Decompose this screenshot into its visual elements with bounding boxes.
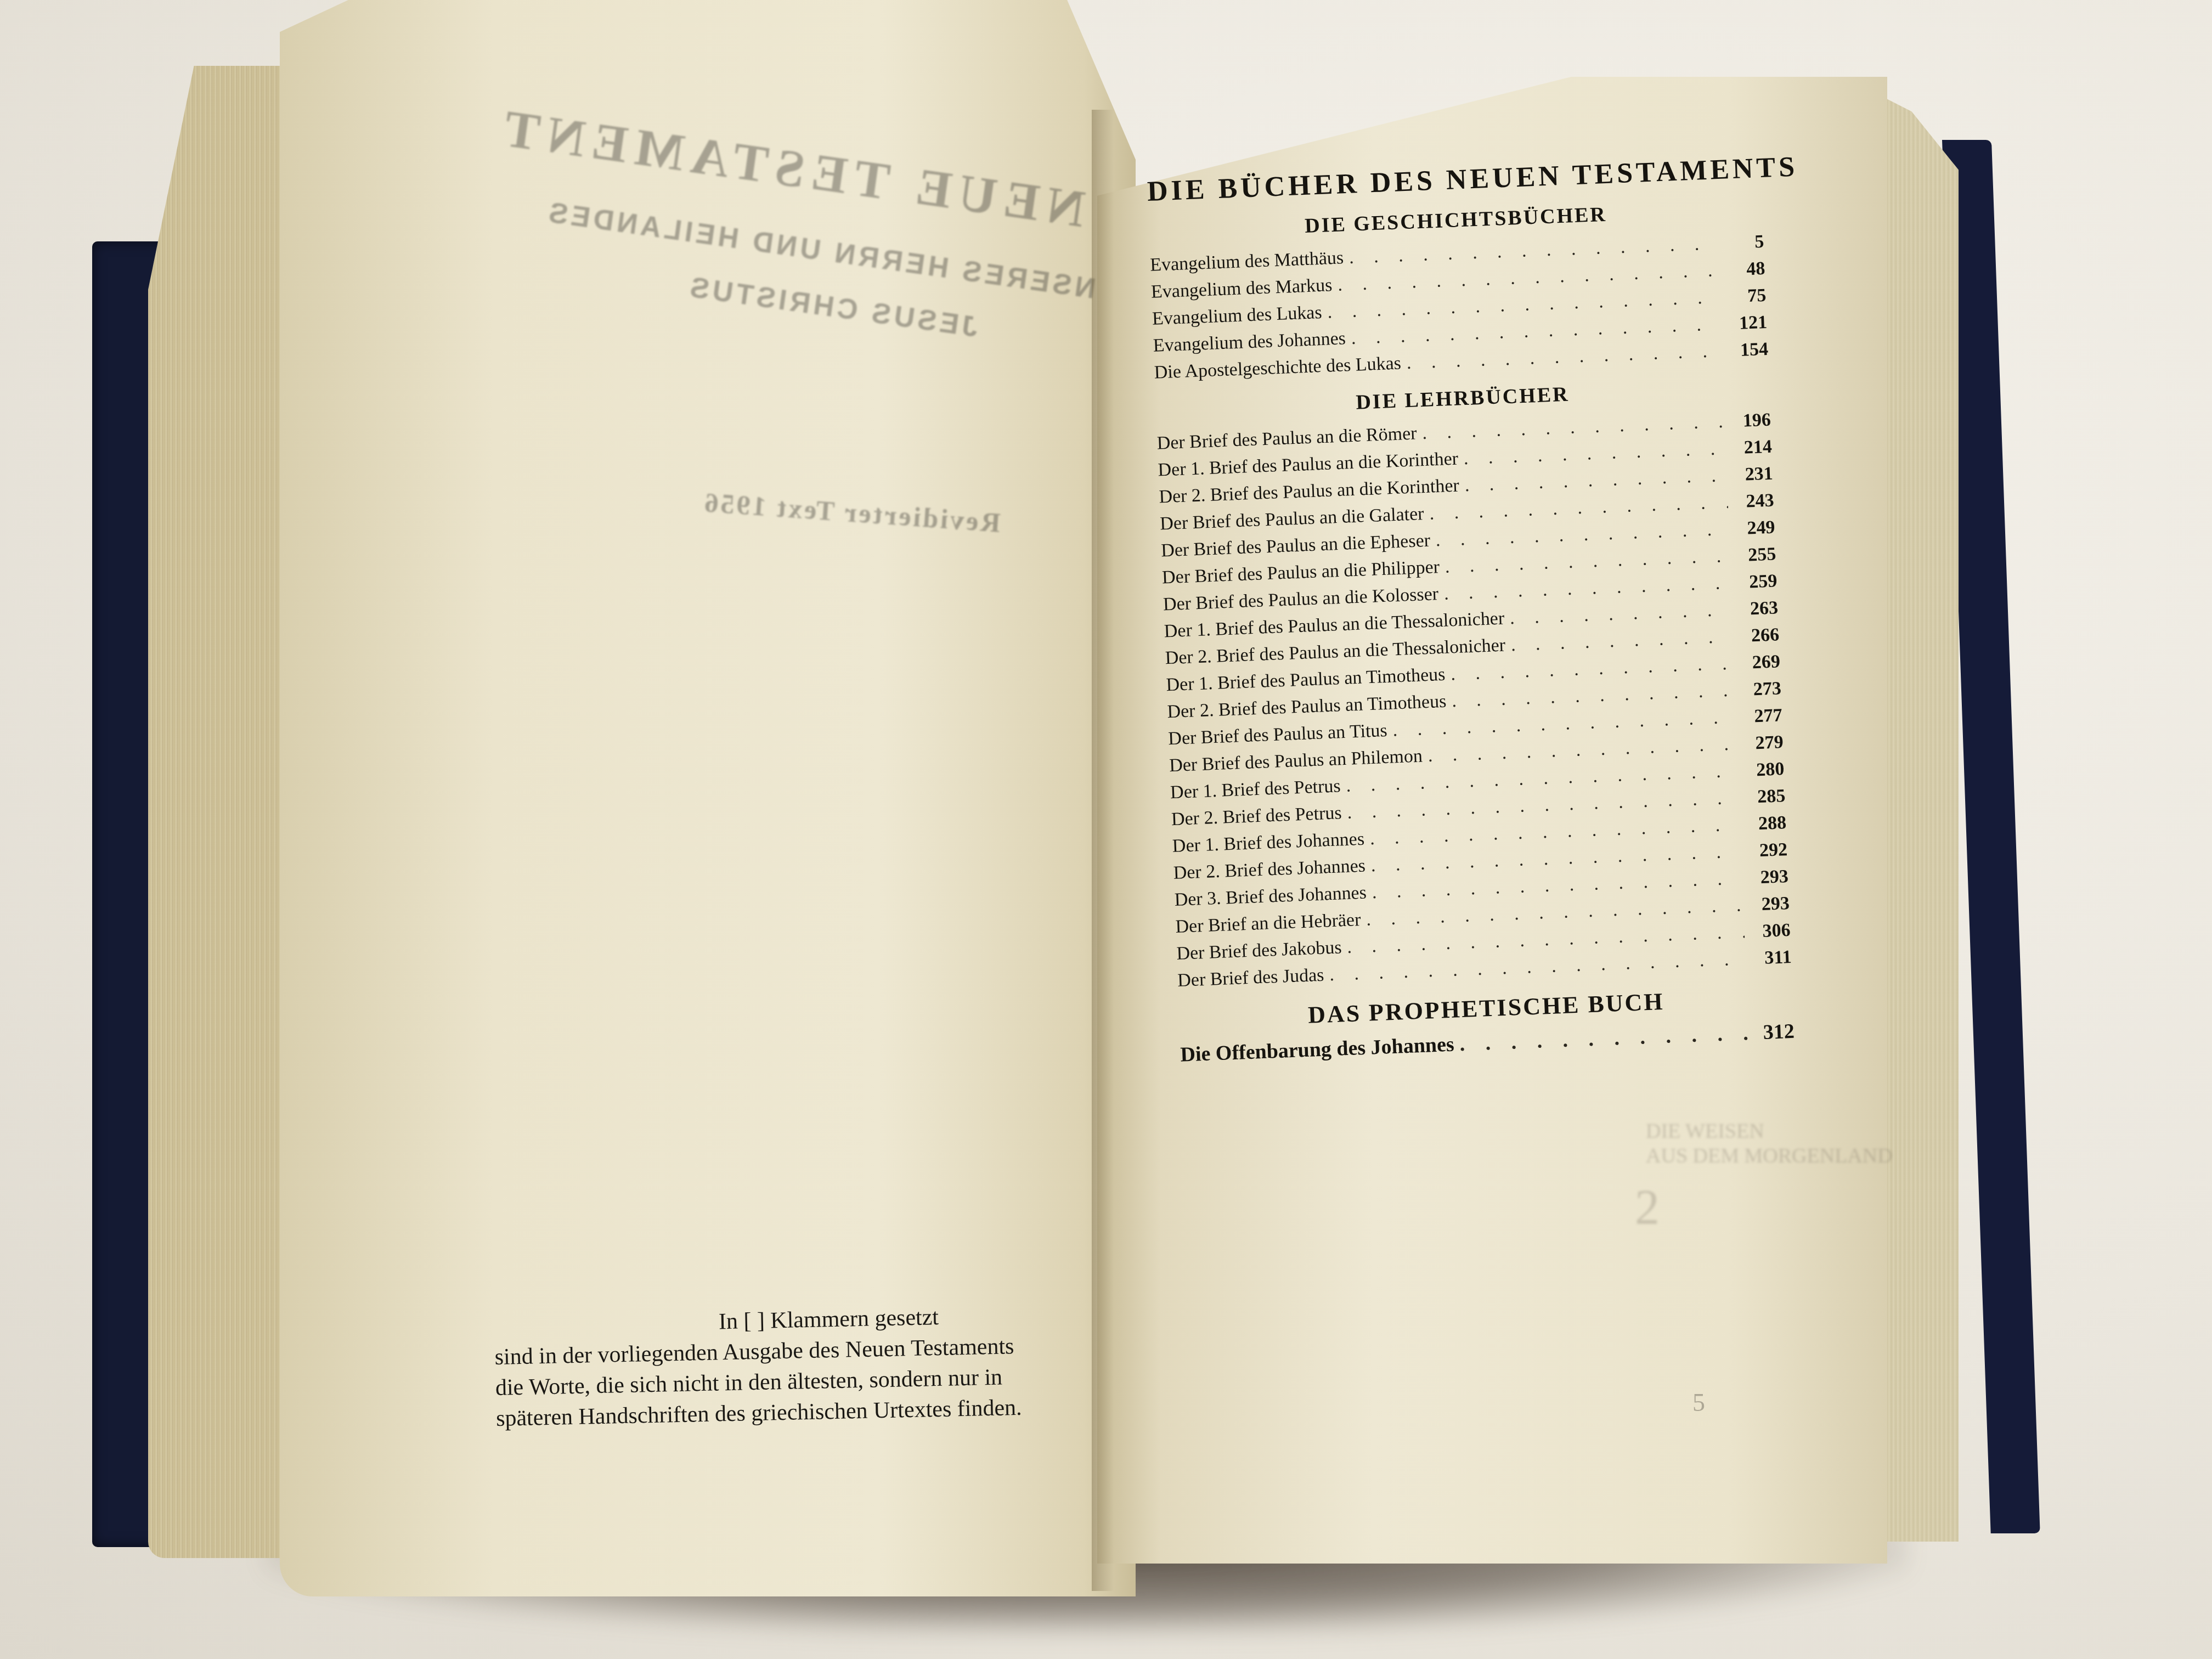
entry-page: 121 (1720, 309, 1768, 337)
toc-section-teaching: DIE LEHRBÜCHER Der Brief des Paulus an d… (1155, 375, 1792, 994)
entry-page: 266 (1733, 621, 1780, 650)
entry-page: 285 (1739, 782, 1786, 811)
entry-page: 249 (1729, 514, 1776, 543)
entry-page: 280 (1738, 755, 1785, 784)
entry-page: 293 (1742, 863, 1789, 891)
entry-page: 154 (1722, 336, 1769, 364)
gutter-shadow (1092, 110, 1114, 1591)
entry-page: 277 (1736, 702, 1783, 730)
entry-page: 292 (1741, 836, 1788, 865)
entry-page: 288 (1740, 809, 1787, 838)
entry-page: 273 (1735, 675, 1782, 703)
entry-page: 214 (1725, 433, 1773, 462)
entry-page: 306 (1744, 917, 1791, 945)
table-of-contents: DIE BÜCHER DES NEUEN TESTAMENTS DIE GESC… (1147, 152, 1795, 1069)
entry-page: 311 (1745, 944, 1792, 972)
show-through-heading-2: AUS DEM MORGENLAND (1646, 1144, 1893, 1168)
entry-page: 48 (1718, 255, 1765, 284)
entry-page: 5 (1718, 228, 1765, 257)
entry-page: 243 (1728, 487, 1775, 516)
entry-page: 75 (1719, 282, 1767, 311)
show-through-heading-1: DIE WEISEN (1646, 1119, 1764, 1143)
entry-page: 269 (1734, 648, 1781, 676)
entry-page: 263 (1731, 594, 1779, 623)
entry-page: 196 (1724, 407, 1771, 435)
bracket-note: In [ ] Klammern gesetzt sind in der vorl… (494, 1299, 1105, 1434)
entry-page: 293 (1743, 890, 1790, 918)
entry-page: 231 (1726, 460, 1774, 489)
entry-page: 259 (1730, 567, 1778, 596)
entry-page: 279 (1737, 729, 1784, 757)
show-through-chapter-number: 2 (1635, 1180, 1660, 1236)
toc-section-history: DIE GESCHICHTSBÜCHER Evangelium des Matt… (1148, 196, 1769, 386)
entry-page: 255 (1729, 540, 1776, 569)
entry-title: Der Brief des Judas (1177, 961, 1330, 994)
entry-page: 312 (1748, 1018, 1795, 1047)
page-number: 5 (1692, 1388, 1705, 1417)
